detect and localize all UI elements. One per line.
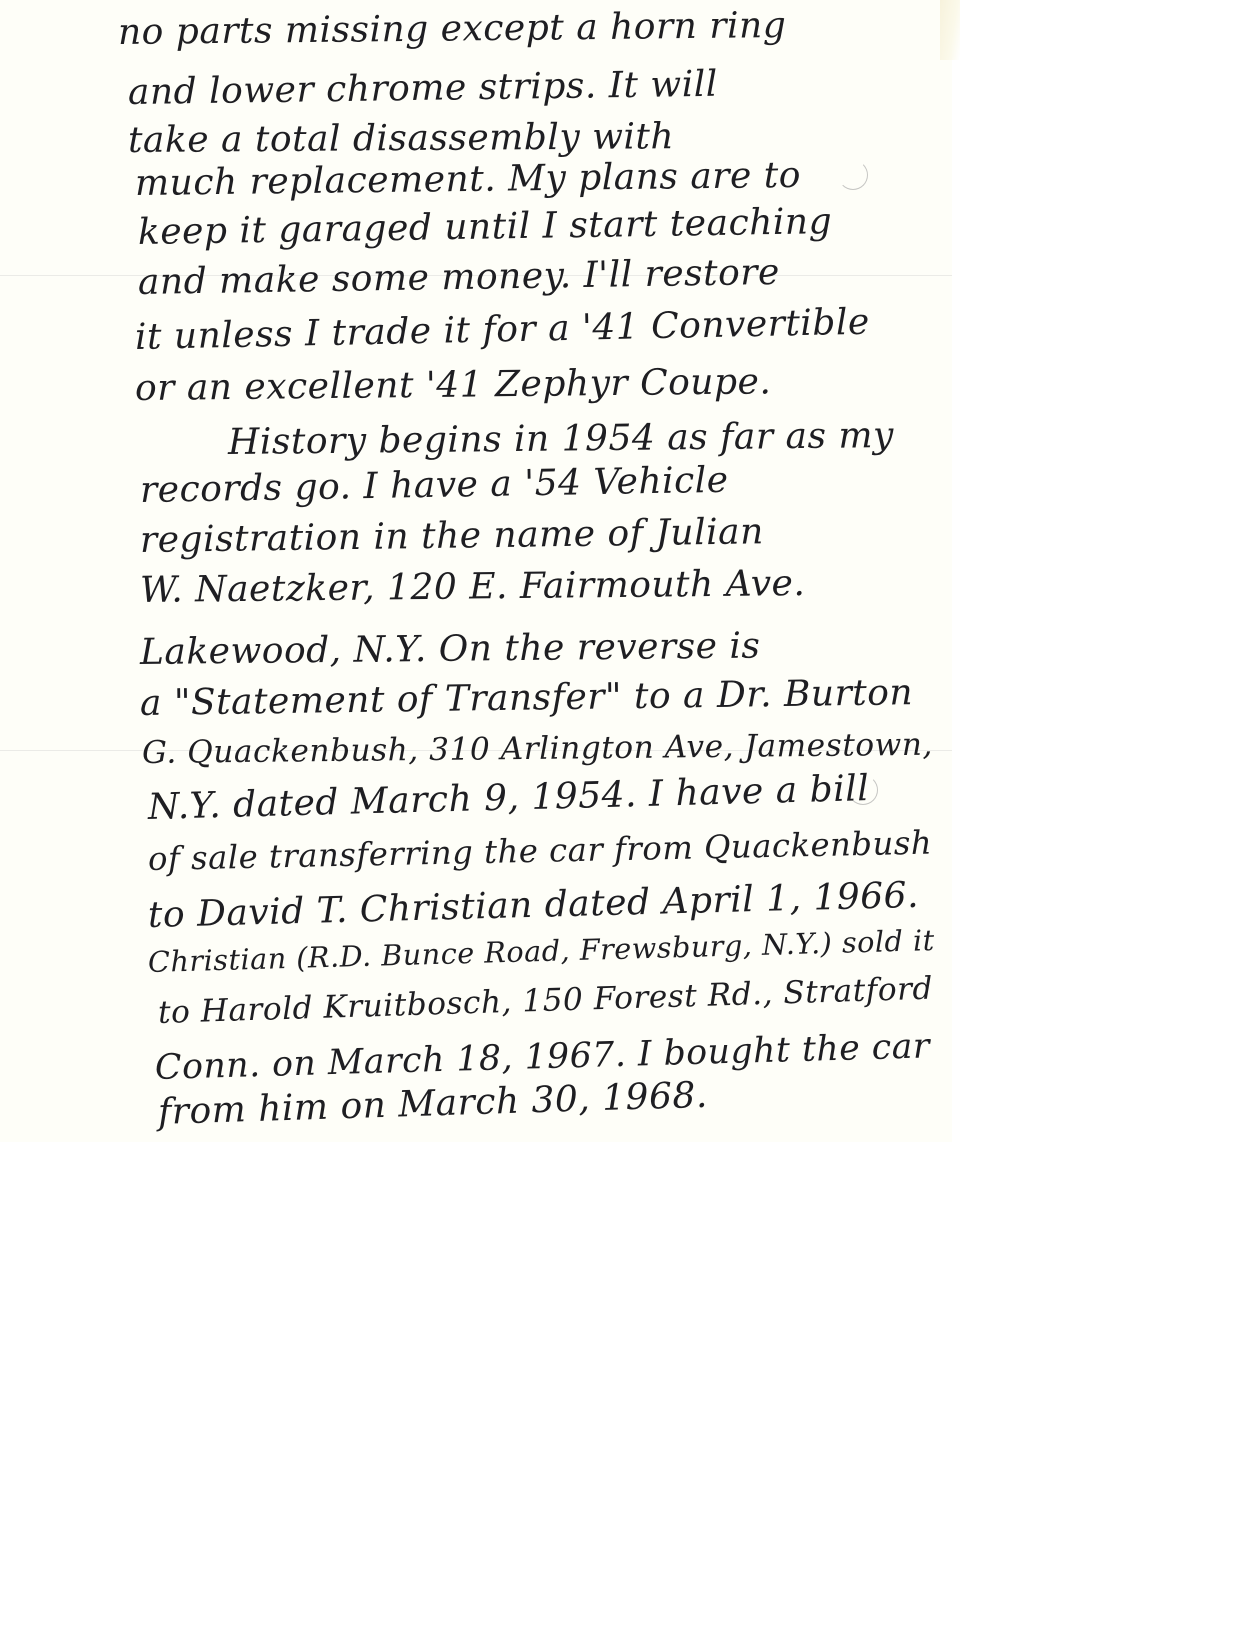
punch-hole-mark <box>838 160 868 190</box>
text-line: a "Statement of Transfer" to a Dr. Burto… <box>140 672 914 724</box>
text-line: G. Quackenbush, 310 Arlington Ave, James… <box>142 727 933 771</box>
text-line: and make some money. I'll restore <box>138 252 780 303</box>
text-line: much replacement. My plans are to <box>135 155 801 204</box>
text-line: records go. I have a '54 Vehicle <box>140 460 729 511</box>
text-line: no parts missing except a horn ring <box>118 5 787 53</box>
text-line: N.Y. dated March 9, 1954. I have a bill <box>147 768 869 828</box>
text-line: registration in the name of Julian <box>140 511 764 561</box>
text-line: or an excellent '41 Zephyr Coupe. <box>135 361 772 409</box>
text-line: Conn. on March 18, 1967. I bought the ca… <box>154 1026 930 1088</box>
text-line: W. Naetzker, 120 E. Fairmouth Ave. <box>140 563 806 611</box>
paragraph-start-line: History begins in 1954 as far as my <box>228 415 894 463</box>
paper-torn-edge <box>940 0 960 60</box>
text-line: to Harold Kruitbosch, 150 Forest Rd., St… <box>157 971 933 1031</box>
text-line: Lakewood, N.Y. On the reverse is <box>140 626 761 673</box>
text-line: it unless I trade it for a '41 Convertib… <box>135 302 871 358</box>
text-line: of sale transferring the car from Quacke… <box>148 824 933 878</box>
text-line: and lower chrome strips. It will <box>128 64 718 113</box>
letter-page: no parts missing except a horn ring and … <box>0 0 952 1142</box>
text-line: take a total disassembly with <box>128 116 674 161</box>
text-line: keep it garaged until I start teaching <box>138 201 833 253</box>
